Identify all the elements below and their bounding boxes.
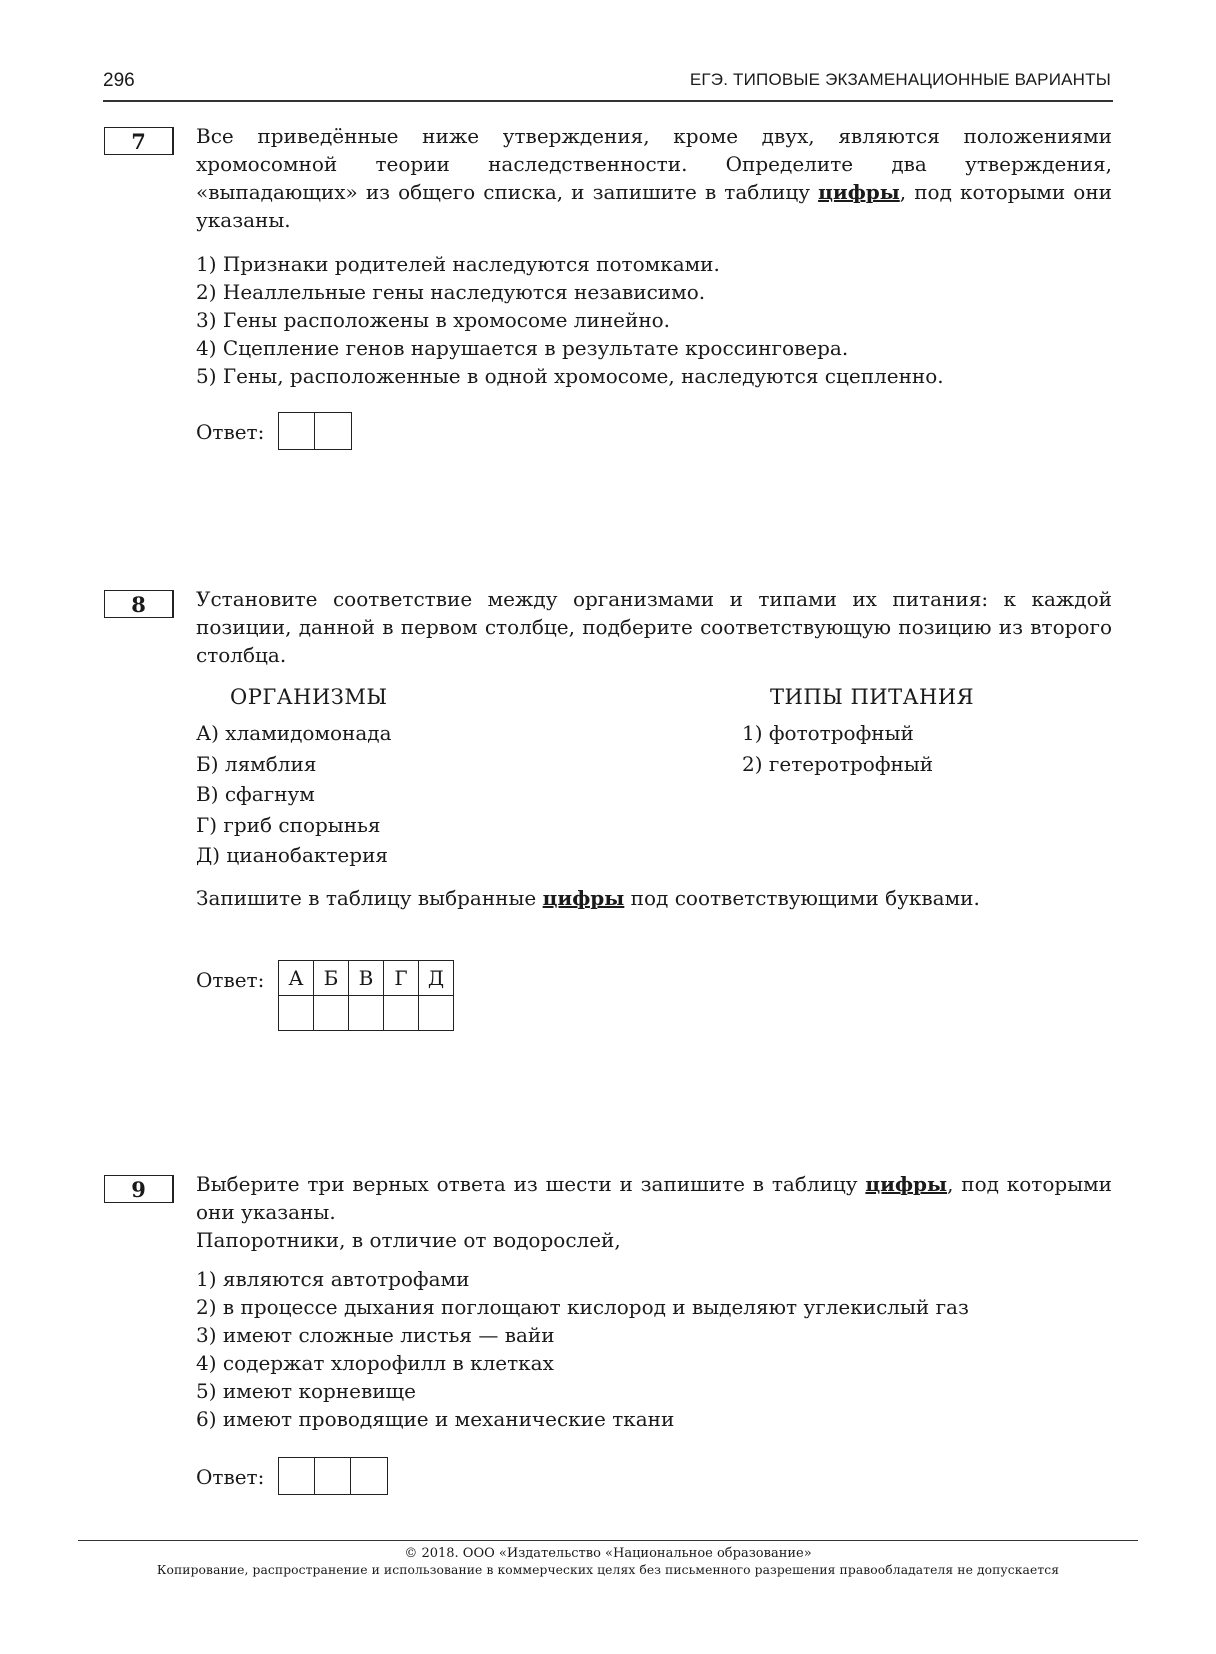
task-8-instruction: Запишите в таблицу выбранные цифры под с…: [196, 884, 1112, 912]
task-8-number: 8: [104, 590, 174, 618]
option-item: 3) имеют сложные листья — вайи: [196, 1321, 969, 1349]
answer-cell[interactable]: [384, 996, 419, 1031]
answer-cell[interactable]: [419, 996, 454, 1031]
organism-item: Б) лямблия: [196, 749, 392, 780]
instruction-emphasis: цифры: [543, 886, 625, 910]
task-9-emphasis: цифры: [865, 1172, 947, 1196]
nutrition-types-heading: ТИПЫ ПИТАНИЯ: [770, 685, 974, 709]
letter-header: В: [349, 961, 384, 996]
option-item: 5) имеют корневище: [196, 1377, 969, 1405]
letter-header: Б: [314, 961, 349, 996]
option-item: 4) содержат хлорофилл в клетках: [196, 1349, 969, 1377]
footer-divider: [78, 1540, 1138, 1541]
organism-item: В) сфагнум: [196, 779, 392, 810]
answer-cell[interactable]: [279, 1458, 315, 1494]
task-7-intro: Все приведённые ниже утверждения, кроме …: [196, 122, 1112, 234]
task-8-answer-table: А Б В Г Д: [278, 960, 454, 1031]
instruction-end: под соответствующими буквами.: [624, 886, 980, 910]
page-header: 296 ЕГЭ. ТИПОВЫЕ ЭКЗАМЕНАЦИОННЫЕ ВАРИАНТ…: [103, 70, 1113, 102]
task-7-number: 7: [104, 127, 174, 155]
answer-cell[interactable]: [279, 413, 315, 449]
task-9-intro: Выберите три верных ответа из шести и за…: [196, 1170, 1112, 1226]
answer-cell[interactable]: [279, 996, 314, 1031]
organism-item: А) хламидомонада: [196, 718, 392, 749]
nutrition-type-item: 1) фототрофный: [742, 718, 933, 749]
answer-cell[interactable]: [315, 413, 351, 449]
task-9-intro-text: Выберите три верных ответа из шести и за…: [196, 1172, 865, 1196]
organism-item: Г) гриб спорынья: [196, 810, 392, 841]
task-7-options: 1) Признаки родителей наследуются потомк…: [196, 250, 944, 390]
answer-label: Ответ:: [196, 1465, 264, 1489]
running-title: ЕГЭ. ТИПОВЫЕ ЭКЗАМЕНАЦИОННЫЕ ВАРИАНТЫ: [690, 70, 1111, 90]
organisms-heading: ОРГАНИЗМЫ: [230, 685, 388, 709]
answer-label: Ответ:: [196, 968, 264, 992]
task-9-options: 1) являются автотрофами 2) в процессе ды…: [196, 1265, 969, 1433]
nutrition-type-item: 2) гетеротрофный: [742, 749, 933, 780]
option-item: 5) Гены, расположенные в одной хромосоме…: [196, 362, 944, 390]
option-item: 1) являются автотрофами: [196, 1265, 969, 1293]
answer-cell[interactable]: [314, 996, 349, 1031]
letter-header: А: [279, 961, 314, 996]
page-number: 296: [103, 70, 135, 92]
letter-header: Д: [419, 961, 454, 996]
answer-label: Ответ:: [196, 420, 264, 444]
letter-header: Г: [384, 961, 419, 996]
task-9-number: 9: [104, 1175, 174, 1203]
option-item: 1) Признаки родителей наследуются потомк…: [196, 250, 944, 278]
answer-cell[interactable]: [315, 1458, 351, 1494]
copy-notice: Копирование, распространение и использов…: [0, 1563, 1216, 1577]
option-item: 4) Сцепление генов нарушается в результа…: [196, 334, 944, 362]
task-8-intro: Установите соответствие между организмам…: [196, 585, 1112, 669]
copyright: © 2018. ООО «Издательство «Национальное …: [0, 1546, 1216, 1561]
option-item: 3) Гены расположены в хромосоме линейно.: [196, 306, 944, 334]
option-item: 2) в процессе дыхания поглощают кислород…: [196, 1293, 969, 1321]
instruction-text: Запишите в таблицу выбранные: [196, 886, 543, 910]
option-item: 2) Неаллельные гены наследуются независи…: [196, 278, 944, 306]
organisms-list: А) хламидомонада Б) лямблия В) сфагнум Г…: [196, 718, 392, 871]
task-7-emphasis: цифры: [818, 180, 900, 204]
task-9-stem: Папоротники, в отличие от водорослей,: [196, 1226, 1112, 1254]
answer-cell[interactable]: [351, 1458, 387, 1494]
nutrition-types-list: 1) фототрофный 2) гетеротрофный: [742, 718, 933, 779]
option-item: 6) имеют проводящие и механические ткани: [196, 1405, 969, 1433]
answer-cells: [278, 412, 352, 450]
organism-item: Д) цианобактерия: [196, 840, 392, 871]
answer-cells: [278, 1457, 388, 1495]
answer-cell[interactable]: [349, 996, 384, 1031]
